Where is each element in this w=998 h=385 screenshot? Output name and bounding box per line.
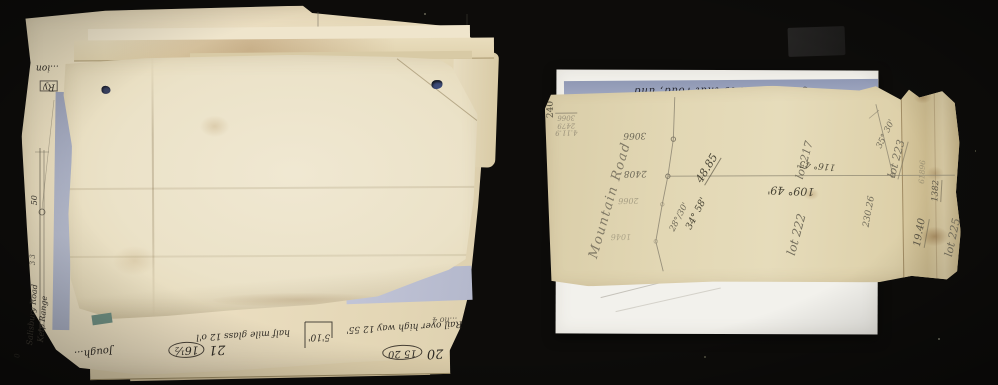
sum-line-2: 2479: [555, 121, 577, 129]
angle-109-49: 109° 49': [767, 184, 814, 197]
punch-hole-right: [431, 80, 442, 89]
top-blank-sheet: [61, 54, 482, 319]
note-20-group: 20 15 20: [382, 344, 444, 362]
punch-hole-left: [101, 86, 110, 94]
node-label-2408: 2408: [624, 167, 647, 177]
margin-50-label: 50: [31, 195, 39, 205]
node-label-3066: 3066: [623, 129, 646, 139]
survey-sheet: 240 4.11.9 2479 3066 Mountain Road 3066 …: [545, 83, 962, 287]
frag-61896: 61896: [918, 160, 927, 184]
note-20-circled: 15 20: [382, 345, 423, 361]
fragment-ion: ...ion: [36, 62, 59, 71]
node-label-2066: 2066: [618, 196, 638, 205]
note-frag-no4: ...no 4: [432, 315, 457, 323]
note-20: 20: [427, 345, 444, 361]
note-21-circled: 16½: [168, 342, 205, 359]
num-1382: 1382: [931, 180, 942, 202]
horizontal-crease-1: [62, 185, 482, 189]
note-21-group: 21 16½: [168, 341, 226, 359]
sum-column: 4.11.9 2479 3066: [555, 112, 578, 135]
note-dim-510: 5'10': [308, 331, 330, 340]
node-label-1046: 1046: [611, 232, 631, 241]
stain-spot-1: [200, 115, 230, 137]
margin-tick-label: 3 3: [30, 254, 37, 265]
note-21: 21: [209, 342, 226, 358]
sum-line-3: 3066: [555, 112, 577, 121]
fragment-ry: Ry: [40, 80, 58, 91]
photo-canvas: ...ion Ry Salisbury Road Kelp Range 50 3…: [0, 0, 998, 385]
margin-zero-label: 0: [15, 353, 22, 357]
